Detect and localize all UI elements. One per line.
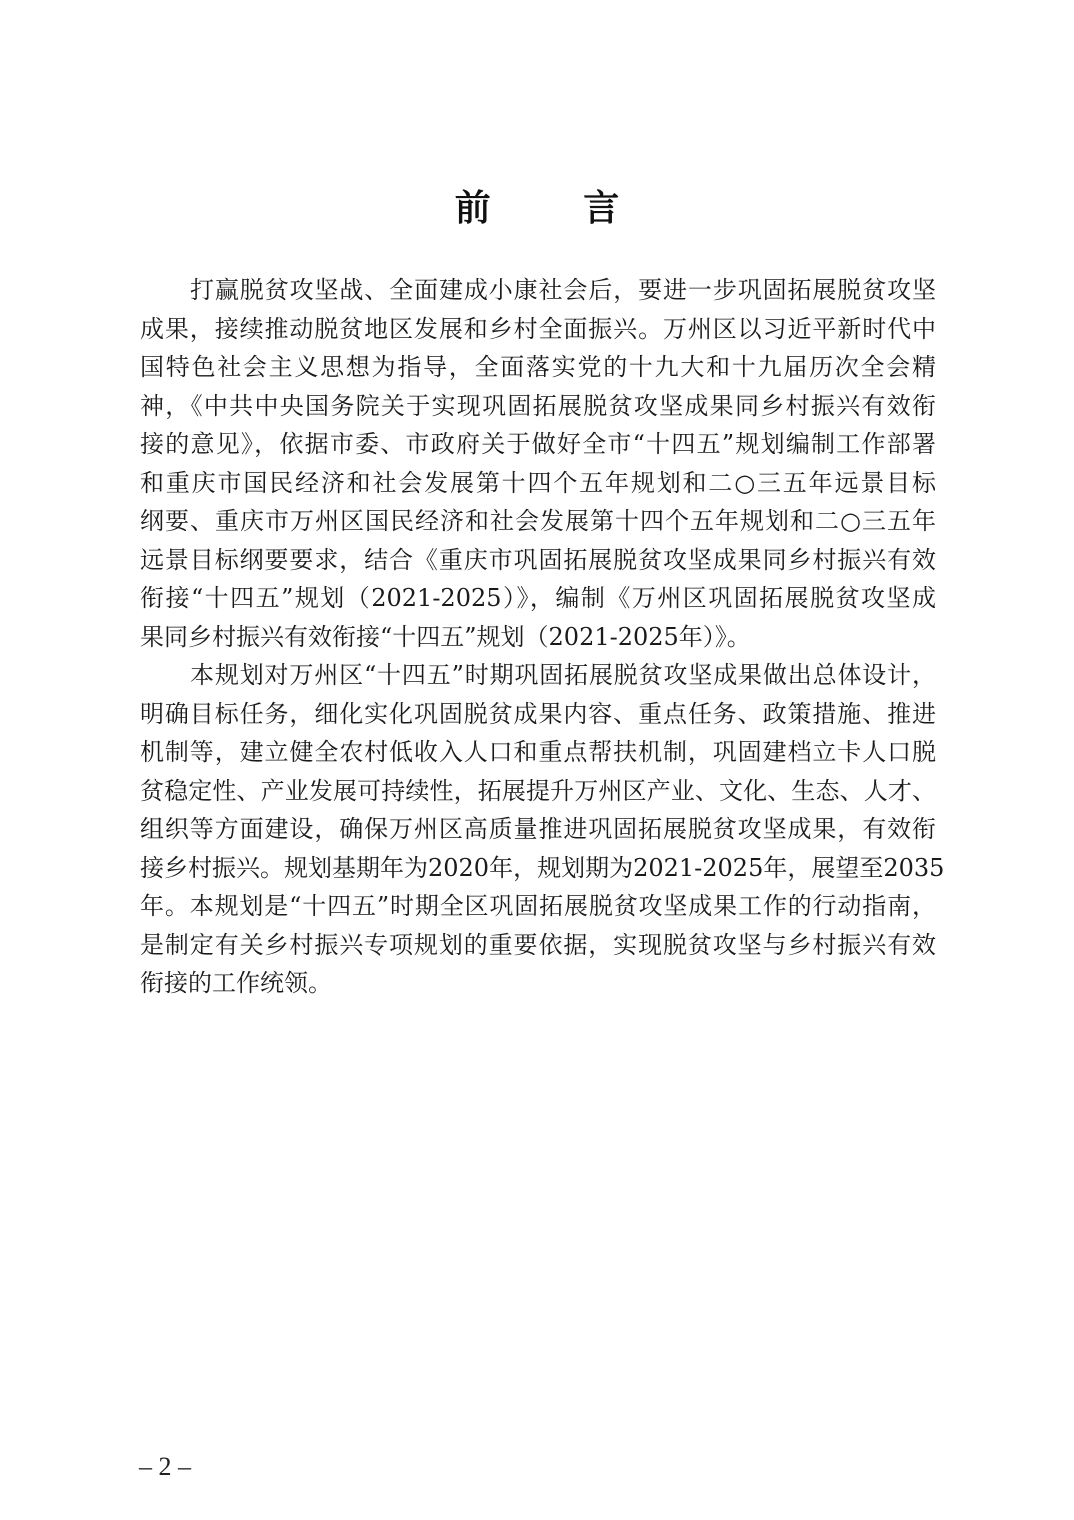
document-body: 打赢脱贫攻坚战、全面建成小康社会后，要进一步巩固拓展脱贫攻坚 成果，接续推动脱贫… [140, 271, 936, 1003]
text-line: 机制等，建立健全农村低收入人口和重点帮扶机制，巩固建档立卡人口脱 [140, 733, 936, 772]
text-line: 衔接“十四五”规划（2021-2025）》，编制《万州区巩固拓展脱贫攻坚成 [140, 579, 936, 618]
text-line: 本规划对万州区“十四五”时期巩固拓展脱贫攻坚成果做出总体设计， [140, 656, 936, 695]
page-number: – 2 – [139, 1452, 191, 1482]
text-line: 远景目标纲要要求，结合《重庆市巩固拓展脱贫攻坚成果同乡村振兴有效 [140, 541, 936, 580]
text-line: 衔接的工作统领。 [140, 964, 936, 1003]
paragraph-1: 打赢脱贫攻坚战、全面建成小康社会后，要进一步巩固拓展脱贫攻坚 成果，接续推动脱贫… [140, 271, 936, 656]
text-line: 果同乡村振兴有效衔接“十四五”规划（2021-2025年）》。 [140, 618, 936, 657]
text-line: 纲要、重庆市万州区国民经济和社会发展第十四个五年规划和二○三五年 [140, 502, 936, 541]
text-line: 接乡村振兴。规划基期年为2020年，规划期为2021-2025年，展望至2035 [140, 849, 936, 888]
text-line: 和重庆市国民经济和社会发展第十四个五年规划和二○三五年远景目标 [140, 464, 936, 503]
text-line: 国特色社会主义思想为指导，全面落实党的十九大和十九届历次全会精 [140, 348, 936, 387]
page-title: 前 言 [0, 180, 1074, 231]
text-line: 组织等方面建设，确保万州区高质量推进巩固拓展脱贫攻坚成果，有效衔 [140, 810, 936, 849]
text-line: 神，《中共中央国务院关于实现巩固拓展脱贫攻坚成果同乡村振兴有效衔 [140, 387, 936, 426]
text-line: 接的意见》，依据市委、市政府关于做好全市“十四五”规划编制工作部署 [140, 425, 936, 464]
text-line: 贫稳定性、产业发展可持续性，拓展提升万州区产业、文化、生态、人才、 [140, 772, 936, 811]
text-line: 是制定有关乡村振兴专项规划的重要依据，实现脱贫攻坚与乡村振兴有效 [140, 926, 936, 965]
text-line: 明确目标任务，细化实化巩固脱贫成果内容、重点任务、政策措施、推进 [140, 695, 936, 734]
text-line: 年。本规划是“十四五”时期全区巩固拓展脱贫攻坚成果工作的行动指南， [140, 887, 936, 926]
text-line: 成果，接续推动脱贫地区发展和乡村全面振兴。万州区以习近平新时代中 [140, 310, 936, 349]
text-line: 打赢脱贫攻坚战、全面建成小康社会后，要进一步巩固拓展脱贫攻坚 [140, 271, 936, 310]
paragraph-2: 本规划对万州区“十四五”时期巩固拓展脱贫攻坚成果做出总体设计， 明确目标任务，细… [140, 656, 936, 1003]
